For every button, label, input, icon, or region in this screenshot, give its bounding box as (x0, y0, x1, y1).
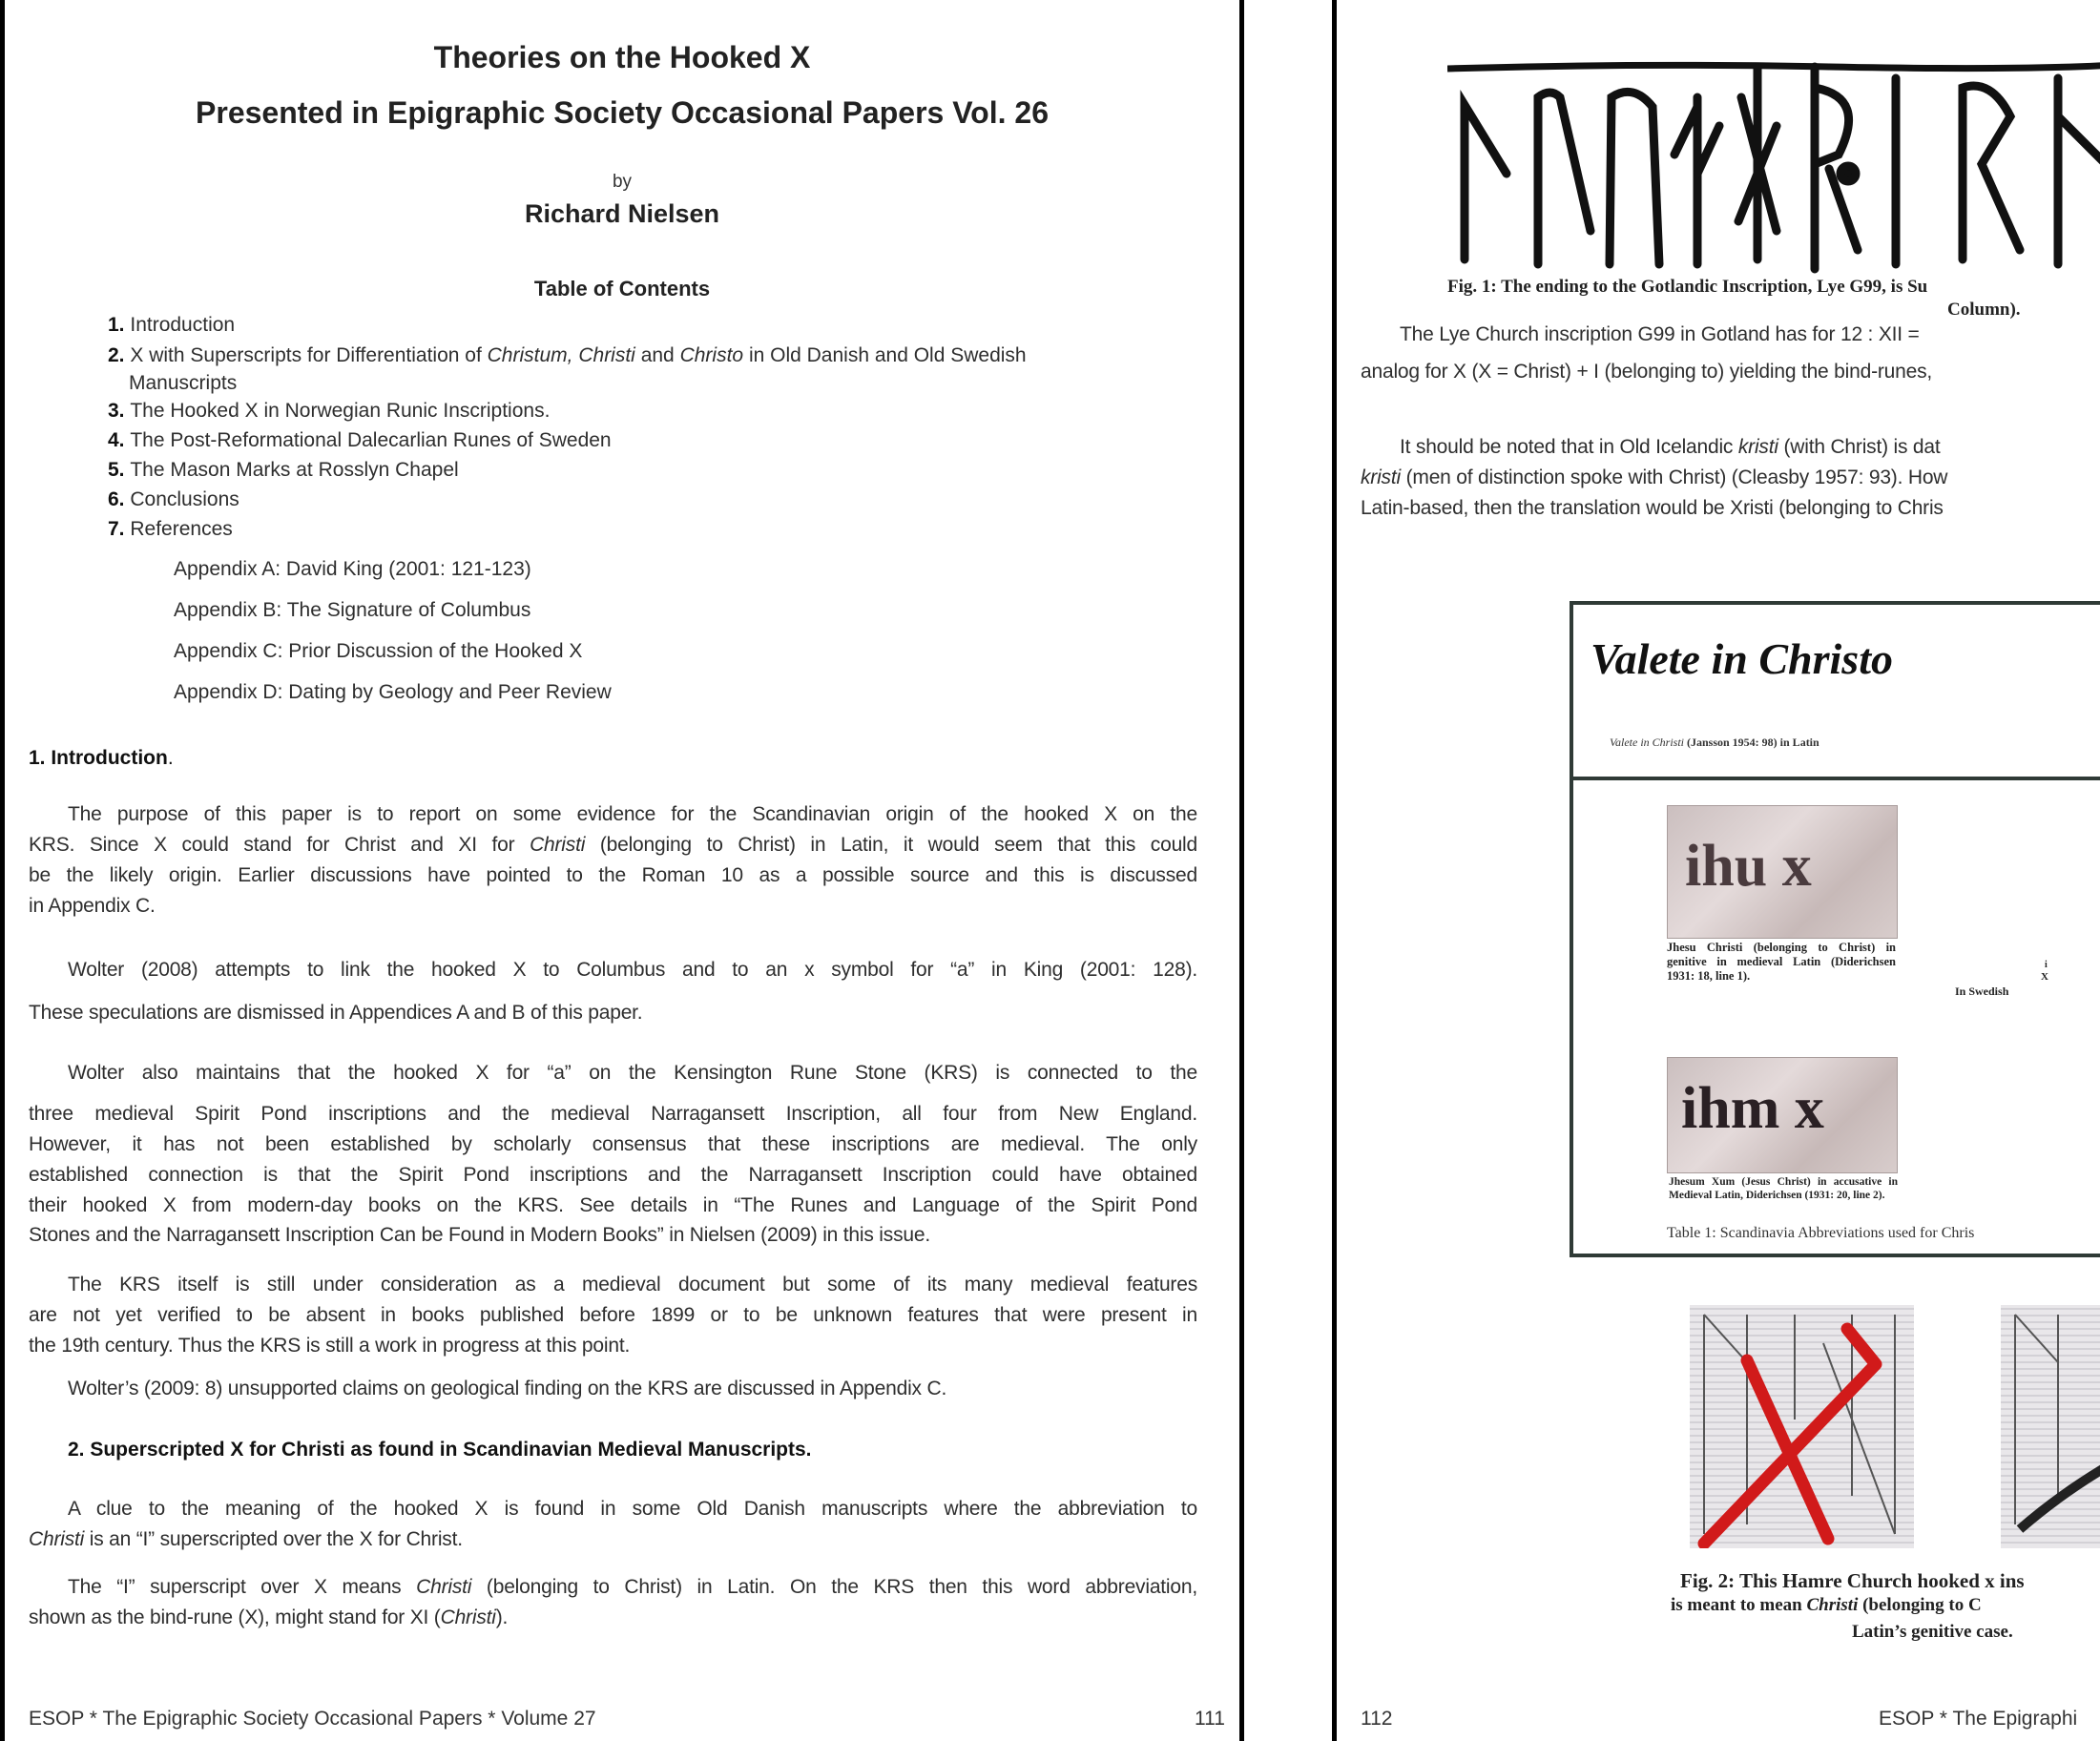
intro-paragraph-3: established connection is that the Spiri… (29, 1164, 1197, 1187)
document-subtitle: Presented in Epigraphic Society Occasion… (5, 95, 1239, 131)
hamre-church-inscription-image (1690, 1305, 1914, 1548)
red-hooked-x-mark (1690, 1305, 1914, 1548)
right-page: Fig. 1: The ending to the Gotlandic Insc… (1332, 0, 2100, 1741)
cell1-caption: Jhesu Christi (belonging to Christ) in g… (1667, 941, 1896, 984)
toc-heading: Table of Contents (5, 277, 1239, 301)
appendix-item[interactable]: Appendix D: Dating by Geology and Peer R… (174, 681, 612, 704)
right-fragment-1: i (2045, 960, 2048, 970)
right-para1-line1: The Lye Church inscription G99 in Gotlan… (1400, 323, 1920, 346)
inscription-lines (2001, 1305, 2100, 1548)
jhesu-christi-manuscript-image: ihu x (1667, 805, 1898, 939)
section-2-heading: 2. Superscripted X for Christi as found … (68, 1439, 812, 1461)
intro-paragraph-3: However, it has not been established by … (29, 1133, 1197, 1156)
footer-page-number: 111 (1195, 1708, 1225, 1731)
right-para1-line2: analog for X (X = Christ) + I (belonging… (1361, 361, 1932, 383)
toc-item-continuation: Manuscripts (129, 372, 237, 395)
appendix-item[interactable]: Appendix A: David King (2001: 121-123) (174, 558, 531, 581)
intro-paragraph-1: The purpose of this paper is to report o… (68, 803, 1197, 826)
appendix-item[interactable]: Appendix B: The Signature of Columbus (174, 599, 530, 622)
toc-item[interactable]: 3. The Hooked X in Norwegian Runic Inscr… (108, 400, 550, 423)
table-divider (1573, 777, 2100, 780)
appendix-item[interactable]: Appendix C: Prior Discussion of the Hook… (174, 640, 582, 663)
footer-page-number: 112 (1361, 1708, 1392, 1731)
fig2-caption-line: is meant to mean Christi (belonging to C (1671, 1595, 1982, 1616)
toc-item[interactable]: 4. The Post-Reformational Dalecarlian Ru… (108, 429, 612, 452)
intro-paragraph-1: in Appendix C. (29, 895, 156, 918)
intro-paragraph-4: the 19th century. Thus the KRS is still … (29, 1335, 630, 1358)
footer-journal: ESOP * The Epigraphi (1879, 1708, 2077, 1731)
rune-inscription-figure (1447, 59, 2100, 280)
toc-item[interactable]: 2. X with Superscripts for Differentiati… (108, 344, 1027, 367)
byline: by (5, 172, 1239, 193)
cell2-caption: Jhesum Xum (Jesus Christ) in accusative … (1669, 1175, 1898, 1202)
intro-paragraph-3: three medieval Spirit Pond inscriptions … (29, 1103, 1197, 1126)
footer-journal: ESOP * The Epigraphic Society Occasional… (29, 1708, 596, 1731)
fig2-caption-line: Latin’s genitive case. (1852, 1622, 2013, 1643)
intro-paragraph-2: Wolter (2008) attempts to link the hooke… (68, 959, 1197, 982)
toc-item[interactable]: 7. References (108, 518, 233, 541)
section2-paragraph-1: A clue to the meaning of the hooked X is… (68, 1498, 1197, 1521)
author-name: Richard Nielsen (5, 199, 1239, 229)
section-1-heading: 1. Introduction. (29, 747, 174, 770)
toc-item[interactable]: 6. Conclusions (108, 488, 239, 511)
intro-paragraph-3: their hooked X from modern-day books on … (29, 1194, 1197, 1217)
right-para2-line1: It should be noted that in Old Icelandic… (1400, 436, 1941, 459)
intro-paragraph-1: KRS. Since X could stand for Christ and … (29, 834, 1197, 857)
intro-paragraph-3: Stones and the Narragansett Inscription … (29, 1224, 930, 1247)
intro-paragraph-3: Wolter also maintains that the hooked X … (68, 1062, 1197, 1085)
section2-paragraph-2: shown as the bind-rune (X), might stand … (29, 1606, 508, 1629)
table-caption: Table 1: Scandinavia Abbreviations used … (1667, 1225, 1974, 1242)
section2-paragraph-1: Christi is an “I” superscripted over the… (29, 1528, 463, 1551)
left-page: Theories on the Hooked X Presented in Ep… (0, 0, 1244, 1741)
toc-item[interactable]: 5. The Mason Marks at Rosslyn Chapel (108, 459, 459, 482)
hamre-church-second-image (2001, 1305, 2100, 1548)
toc-item[interactable]: 1. Introduction (108, 314, 235, 337)
fig1-caption-line1: Fig. 1: The ending to the Gotlandic Insc… (1447, 277, 1927, 298)
fig1-caption-line2: Column). (1947, 300, 2021, 321)
table-1-abbreviations: Valete in Christo Valete in Christi (Jan… (1570, 601, 2100, 1257)
valete-script-image: Valete in Christo (1591, 633, 1893, 684)
right-para2-line3: Latin-based, then the translation would … (1361, 497, 1944, 520)
intro-paragraph-1: be the likely origin. Earlier discussion… (29, 864, 1197, 887)
fig2-caption-line: Fig. 2: This Hamre Church hooked x ins (1680, 1569, 2025, 1593)
right-para2-line2: kristi (men of distinction spoke with Ch… (1361, 466, 1947, 489)
section2-paragraph-2: The “I” superscript over X means Christi… (68, 1576, 1197, 1599)
intro-paragraph-4: are not yet verified to be absent in boo… (29, 1304, 1197, 1327)
intro-paragraph-2: These speculations are dismissed in Appe… (29, 1002, 642, 1025)
intro-paragraph-4: The KRS itself is still under considerat… (68, 1274, 1197, 1296)
row1-caption: Valete in Christi (Jansson 1954: 98) in … (1610, 736, 1819, 750)
document-title: Theories on the Hooked X (5, 40, 1239, 75)
jhesum-xum-manuscript-image: ihm x (1667, 1057, 1898, 1173)
rune-inscription-image (1447, 59, 2100, 280)
right-fragment-2: X (2041, 971, 2048, 983)
intro-paragraph-5: Wolter’s (2009: 8) unsupported claims on… (68, 1378, 946, 1400)
right-fragment-3: In Swedish (1955, 984, 2008, 999)
